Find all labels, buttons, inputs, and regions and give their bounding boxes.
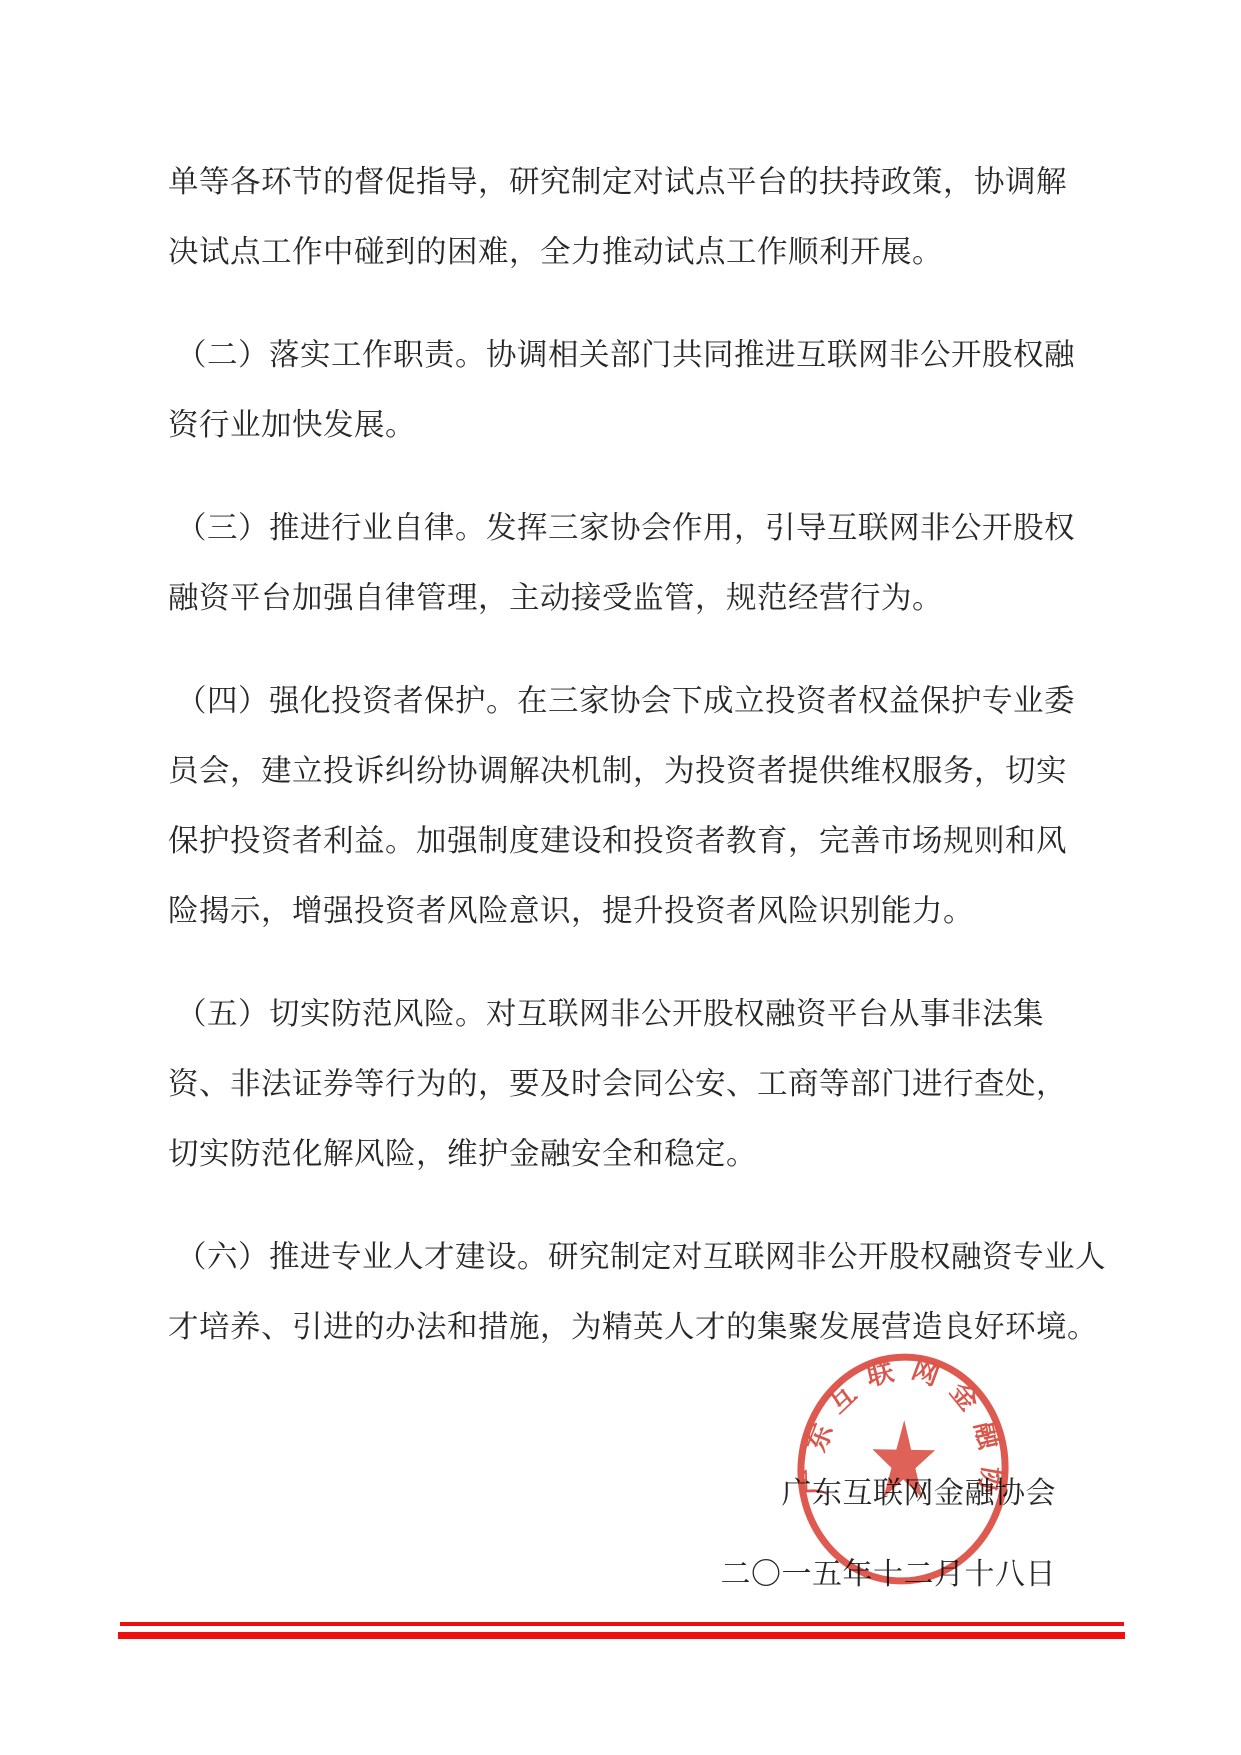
body-line: （二）落实工作职责。协调相关部门共同推进互联网非公开股权融 <box>168 320 1069 390</box>
body-line: 决试点工作中碰到的困难，全力推动试点工作顺利开展。 <box>168 217 1069 287</box>
body-line: 保护投资者利益。加强制度建设和投资者教育，完善市场规则和风 <box>168 806 1069 876</box>
document-body: 单等各环节的督促指导，研究制定对试点平台的扶持政策，协调解 决试点工作中碰到的困… <box>168 147 1069 1362</box>
body-line: 员会，建立投诉纠纷协调解决机制，为投资者提供维权服务，切实 <box>168 736 1069 806</box>
body-line: 切实防范化解风险，维护金融安全和稳定。 <box>168 1119 1069 1189</box>
official-seal: 广东互联网金融协会 <box>790 1352 1020 1596</box>
body-line: 险揭示，增强投资者风险意识，提升投资者风险识别能力。 <box>168 876 1069 946</box>
body-line: 资行业加快发展。 <box>168 390 1069 460</box>
paragraph: 单等各环节的督促指导，研究制定对试点平台的扶持政策，协调解 决试点工作中碰到的困… <box>168 147 1069 287</box>
paragraph: （六）推进专业人才建设。研究制定对互联网非公开股权融资专业人 才培养、引进的办法… <box>168 1222 1069 1362</box>
body-line: （五）切实防范风险。对互联网非公开股权融资平台从事非法集 <box>168 979 1069 1049</box>
body-line: （四）强化投资者保护。在三家协会下成立投资者权益保护专业委 <box>168 666 1069 736</box>
body-line: 融资平台加强自律管理，主动接受监管，规范经营行为。 <box>168 563 1069 633</box>
body-line: 资、非法证券等行为的，要及时会同公安、工商等部门进行查处， <box>168 1049 1069 1119</box>
body-line: （六）推进专业人才建设。研究制定对互联网非公开股权融资专业人 <box>168 1222 1069 1292</box>
body-line: 单等各环节的督促指导，研究制定对试点平台的扶持政策，协调解 <box>168 147 1069 217</box>
document-page: 单等各环节的督促指导，研究制定对试点平台的扶持政策，协调解 决试点工作中碰到的困… <box>0 0 1241 1755</box>
footer-rule-thick <box>118 1632 1125 1639</box>
body-line: （三）推进行业自律。发挥三家协会作用，引导互联网非公开股权 <box>168 493 1069 563</box>
seal-star-icon <box>872 1419 936 1498</box>
paragraph: （三）推进行业自律。发挥三家协会作用，引导互联网非公开股权 融资平台加强自律管理… <box>168 493 1069 633</box>
paragraph: （二）落实工作职责。协调相关部门共同推进互联网非公开股权融 资行业加快发展。 <box>168 320 1069 460</box>
paragraph: （四）强化投资者保护。在三家协会下成立投资者权益保护专业委 员会，建立投诉纠纷协… <box>168 666 1069 946</box>
footer-rule-thin <box>120 1622 1124 1626</box>
paragraph: （五）切实防范风险。对互联网非公开股权融资平台从事非法集 资、非法证券等行为的，… <box>168 979 1069 1189</box>
